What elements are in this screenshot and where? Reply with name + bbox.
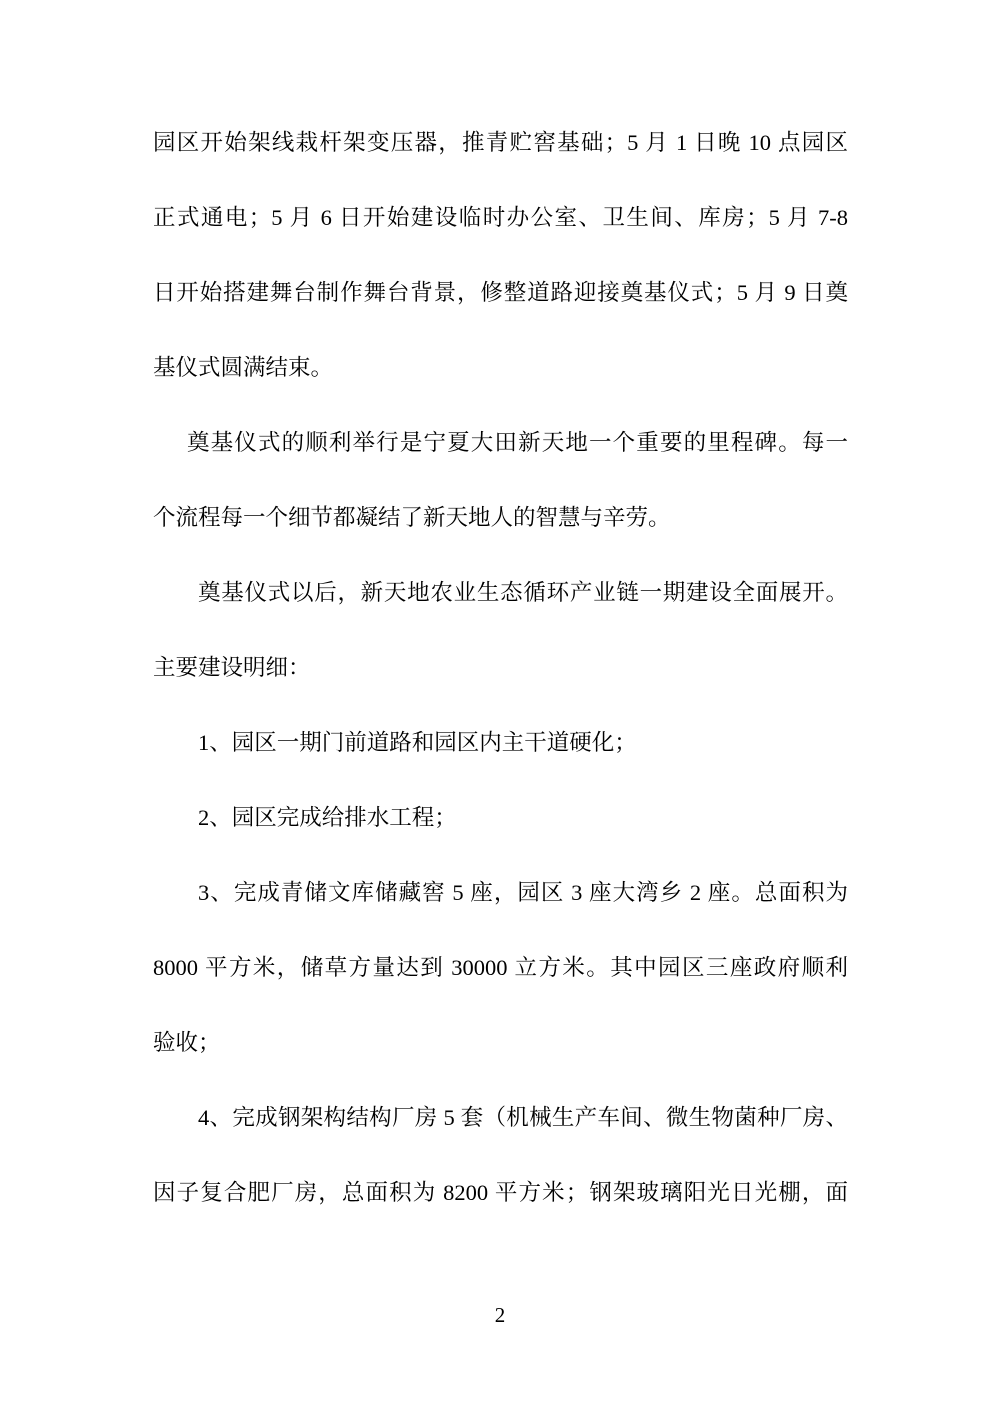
document-page: 园区开始架线栽杆架变压器，推青贮窖基础；5 月 1 日晚 10 点园区 正式通电… bbox=[0, 0, 1000, 1415]
doc-line: 园区开始架线栽杆架变压器，推青贮窖基础；5 月 1 日晚 10 点园区 bbox=[153, 105, 848, 180]
doc-line: 基仪式圆满结束。 bbox=[153, 330, 848, 405]
doc-line: 8000 平方米，储草方量达到 30000 立方米。其中园区三座政府顺利 bbox=[153, 930, 848, 1005]
doc-line-item-4: 4、完成钢架构结构厂房 5 套（机械生产车间、微生物菌种厂房、 bbox=[153, 1080, 848, 1155]
page-number: 2 bbox=[0, 1303, 1000, 1328]
doc-line: 正式通电；5 月 6 日开始建设临时办公室、卫生间、库房；5 月 7-8 bbox=[153, 180, 848, 255]
doc-line-item-2: 2、园区完成给排水工程； bbox=[153, 780, 848, 855]
document-body: 园区开始架线栽杆架变压器，推青贮窖基础；5 月 1 日晚 10 点园区 正式通电… bbox=[153, 105, 848, 1230]
doc-line-item-3: 3、完成青储文库储藏窖 5 座，园区 3 座大湾乡 2 座。总面积为 bbox=[153, 855, 848, 930]
doc-line: 主要建设明细： bbox=[153, 630, 848, 705]
doc-line-item-1: 1、园区一期门前道路和园区内主干道硬化； bbox=[153, 705, 848, 780]
doc-line: 奠基仪式的顺利举行是宁夏大田新天地一个重要的里程碑。每一 bbox=[153, 405, 848, 480]
doc-line: 日开始搭建舞台制作舞台背景，修整道路迎接奠基仪式；5 月 9 日奠 bbox=[153, 255, 848, 330]
doc-line: 奠基仪式以后，新天地农业生态循环产业链一期建设全面展开。 bbox=[153, 555, 848, 630]
doc-line: 个流程每一个细节都凝结了新天地人的智慧与辛劳。 bbox=[153, 480, 848, 555]
doc-line: 验收； bbox=[153, 1005, 848, 1080]
doc-line: 因子复合肥厂房，总面积为 8200 平方米；钢架玻璃阳光日光棚，面 bbox=[153, 1155, 848, 1230]
